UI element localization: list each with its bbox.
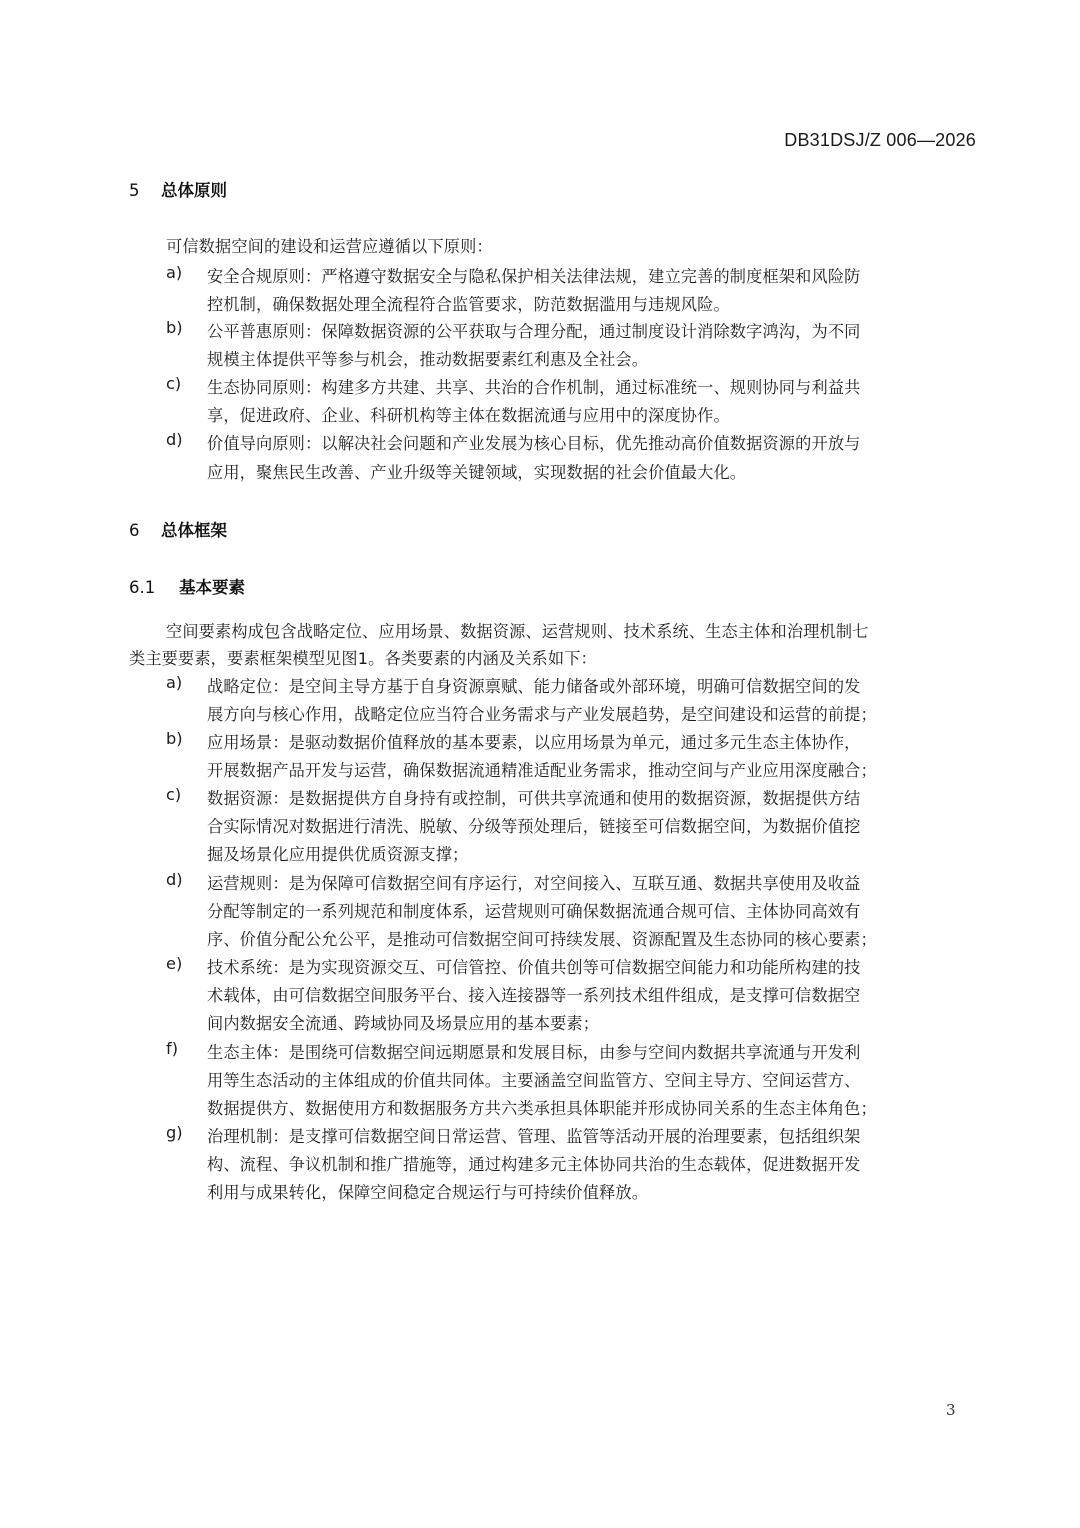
list-item-line: 治理机制：是支撑可信数据空间日常运营、管理、监管等活动开展的治理要素，包括组织架 <box>207 1123 861 1147</box>
list-item-line: 价值导向原则：以解决社会问题和产业发展为核心目标，优先推动高价值数据资源的开放与 <box>207 430 861 454</box>
section-5-intro: 可信数据空间的建设和运营应遵循以下原则： <box>166 233 493 257</box>
list-item-line: 安全合规原则：严格遵守数据安全与隐私保护相关法律法规，建立完善的制度框架和风险防 <box>207 263 861 287</box>
list-label: e) <box>166 954 182 973</box>
list-item-line: 构、流程、争议机制和推广措施等，通过构建多元主体协同共治的生态载体，促进数据开发 <box>207 1151 861 1175</box>
list-item-line: 应用，聚焦民生改善、产业升级等关键领域，实现数据的社会价值最大化。 <box>207 459 746 483</box>
section-title: 基本要素 <box>179 578 245 597</box>
list-item-line: 战略定位：是空间主导方基于自身资源禀赋、能力储备或外部环境，明确可信数据空间的发 <box>207 673 861 697</box>
list-label: d) <box>166 430 183 449</box>
document-code: DB31DSJ/Z 006—2026 <box>784 130 976 151</box>
list-item-line: 规模主体提供平等参与机会，推动数据要素红利惠及全社会。 <box>207 346 648 370</box>
list-item-line: 公平普惠原则：保障数据资源的公平获取与合理分配，通过制度设计消除数字鸿沟，为不同 <box>207 318 861 342</box>
list-item-line: 序、价值分配公允公平，是推动可信数据空间可持续发展、资源配置及生态协同的核心要素… <box>207 926 877 950</box>
section-6-1-heading: 6.1基本要素 <box>129 574 245 598</box>
list-item-line: 享，促进政府、企业、科研机构等主体在数据流通与应用中的深度协作。 <box>207 402 730 426</box>
section-5-heading: 5总体原则 <box>129 177 227 201</box>
list-label: d) <box>166 870 183 889</box>
list-label: a) <box>166 263 182 282</box>
list-item-line: 生态协同原则：构建多方共建、共享、共治的合作机制，通过标准统一、规则协同与利益共 <box>207 374 861 398</box>
list-label: b) <box>166 318 183 337</box>
list-item-line: 运营规则：是为保障可信数据空间有序运行，对空间接入、互联互通、数据共享使用及收益 <box>207 870 861 894</box>
list-item-line: 用等生态活动的主体组成的价值共同体。主要涵盖空间监管方、空间主导方、空间运营方、 <box>207 1067 861 1091</box>
list-item-line: 术载体，由可信数据空间服务平台、接入连接器等一系列技术组件组成，是支撑可信数据空 <box>207 982 861 1006</box>
paragraph-line: 类主要要素，要素框架模型见图1。各类要素的内涵及关系如下： <box>129 645 597 669</box>
list-item-line: 展方向与核心作用，战略定位应当符合业务需求与产业发展趋势，是空间建设和运营的前提… <box>207 701 877 725</box>
section-number: 6 <box>129 521 161 540</box>
list-item-line: 分配等制定的一系列规范和制度体系，运营规则可确保数据流通合规可信、主体协同高效有 <box>207 898 861 922</box>
list-item-line: 应用场景：是驱动数据价值释放的基本要素，以应用场景为单元，通过多元生态主体协作， <box>207 729 861 753</box>
list-item-line: 数据提供方、数据使用方和数据服务方共六类承担具体职能并形成协同关系的生态主体角色… <box>207 1095 877 1119</box>
list-item-line: 开展数据产品开发与运营，确保数据流通精准适配业务需求，推动空间与产业应用深度融合… <box>207 757 877 781</box>
list-item-line: 技术系统：是为实现资源交互、可信管控、价值共创等可信数据空间能力和功能所构建的技 <box>207 954 861 978</box>
list-label: a) <box>166 673 182 692</box>
page-number: 3 <box>946 1401 956 1419</box>
paragraph-line: 空间要素构成包含战略定位、应用场景、数据资源、运营规则、技术系统、生态主体和治理… <box>166 618 869 642</box>
section-number: 5 <box>129 181 161 200</box>
list-label: c) <box>166 785 181 804</box>
list-item-line: 掘及场景化应用提供优质资源支撑； <box>207 841 468 865</box>
section-number: 6.1 <box>129 578 179 597</box>
list-item-line: 控机制，确保数据处理全流程符合监管要求，防范数据滥用与违规风险。 <box>207 291 730 315</box>
document-page: DB31DSJ/Z 006—2026 5总体原则 可信数据空间的建设和运营应遵循… <box>0 0 1080 1528</box>
list-label: f) <box>166 1039 178 1058</box>
list-label: c) <box>166 374 181 393</box>
list-label: g) <box>166 1123 183 1142</box>
list-item-line: 利用与成果转化，保障空间稳定合规运行与可持续价值释放。 <box>207 1179 648 1203</box>
list-item-line: 合实际情况对数据进行清洗、脱敏、分级等预处理后，链接至可信数据空间，为数据价值挖 <box>207 813 861 837</box>
list-item-line: 间内数据安全流通、跨域协同及场景应用的基本要素； <box>207 1010 599 1034</box>
list-item-line: 生态主体：是围绕可信数据空间远期愿景和发展目标，由参与空间内数据共享流通与开发利 <box>207 1039 861 1063</box>
list-item-line: 数据资源：是数据提供方自身持有或控制，可供共享流通和使用的数据资源，数据提供方结 <box>207 785 861 809</box>
section-title: 总体原则 <box>161 181 227 200</box>
list-label: b) <box>166 729 183 748</box>
section-6-heading: 6总体框架 <box>129 517 227 541</box>
section-title: 总体框架 <box>161 521 227 540</box>
